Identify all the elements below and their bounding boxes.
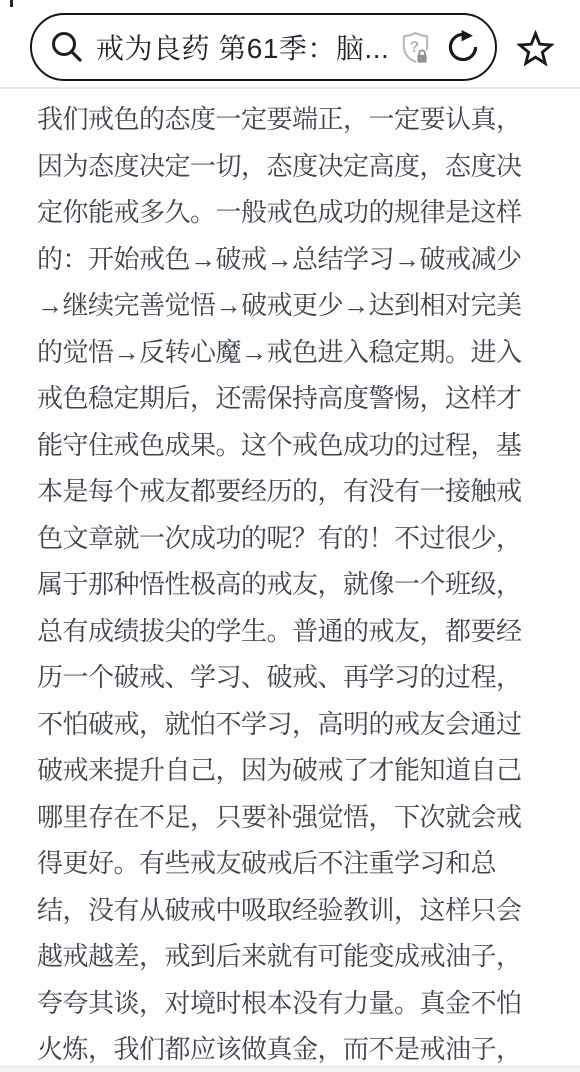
bottom-edge-strip bbox=[0, 1066, 580, 1072]
article-line: 越戒越差，戒到后来就有可能变成戒油子， bbox=[37, 933, 580, 980]
article-line: 总有成绩拔尖的学生。普通的戒友，都要经 bbox=[37, 608, 580, 655]
article-line: 得更好。有些戒友破戒后不注重学习和总 bbox=[37, 840, 580, 887]
search-icon bbox=[49, 29, 85, 65]
article-line: 结，没有从破戒中吸取经验教训，这样只会 bbox=[37, 887, 580, 934]
article-line: 本是每个戒友都要经历的，有没有一接触戒 bbox=[37, 468, 580, 515]
refresh-icon[interactable] bbox=[446, 30, 480, 64]
search-query-text[interactable]: 戒为良药 第61季：脑... bbox=[96, 27, 398, 67]
article-line: 因为态度决定一切，态度决定高度，态度决 bbox=[37, 143, 580, 190]
article-line: 色文章就一次成功的呢？有的！不过很少， bbox=[37, 515, 580, 562]
article-line: 不怕破戒，就怕不学习，高明的戒友会通过 bbox=[37, 701, 580, 748]
article-text: 我们戒色的态度一定要端正，一定要认真，因为态度决定一切，态度决定高度，态度决定你… bbox=[37, 96, 580, 1072]
article-line: 夸夸其谈，对境时根本没有力量。真金不怕 bbox=[37, 980, 580, 1027]
bookmark-star-icon[interactable] bbox=[517, 30, 554, 73]
article-line: 破戒来提升自己，因为破戒了才能知道自己 bbox=[37, 747, 580, 794]
screen-edge-artifact bbox=[10, 0, 13, 7]
page-content: 我们戒色的态度一定要端正，一定要认真，因为态度决定一切，态度决定高度，态度决定你… bbox=[0, 89, 580, 1072]
article-line: 定你能戒多久。一般戒色成功的规律是这样 bbox=[37, 189, 580, 236]
article-line: 哪里存在不足，只要补强觉悟，下次就会戒 bbox=[37, 794, 580, 841]
article-line: →继续完善觉悟→破戒更少→达到相对完美 bbox=[37, 282, 580, 329]
article-line: 属于那种悟性极高的戒友，就像一个班级， bbox=[37, 561, 580, 608]
address-bar[interactable]: 戒为良药 第61季：脑... ? bbox=[30, 13, 497, 81]
article-line: 的觉悟→反转心魔→戒色进入稳定期。进入 bbox=[37, 329, 580, 376]
article-line: 戒色稳定期后，还需保持高度警惕，这样才 bbox=[37, 375, 580, 422]
browser-toolbar: 戒为良药 第61季：脑... ? bbox=[0, 0, 580, 89]
privacy-shield-icon[interactable]: ? bbox=[398, 29, 433, 66]
article-line: 的：开始戒色→破戒→总结学习→破戒减少 bbox=[37, 236, 580, 283]
article-line: 能守住戒色成果。这个戒色成功的过程，基 bbox=[37, 422, 580, 469]
browser-window: 戒为良药 第61季：脑... ? bbox=[0, 0, 580, 1072]
article-line: 历一个破戒、学习、破戒、再学习的过程， bbox=[37, 654, 580, 701]
article-line: 我们戒色的态度一定要端正，一定要认真， bbox=[37, 96, 580, 143]
